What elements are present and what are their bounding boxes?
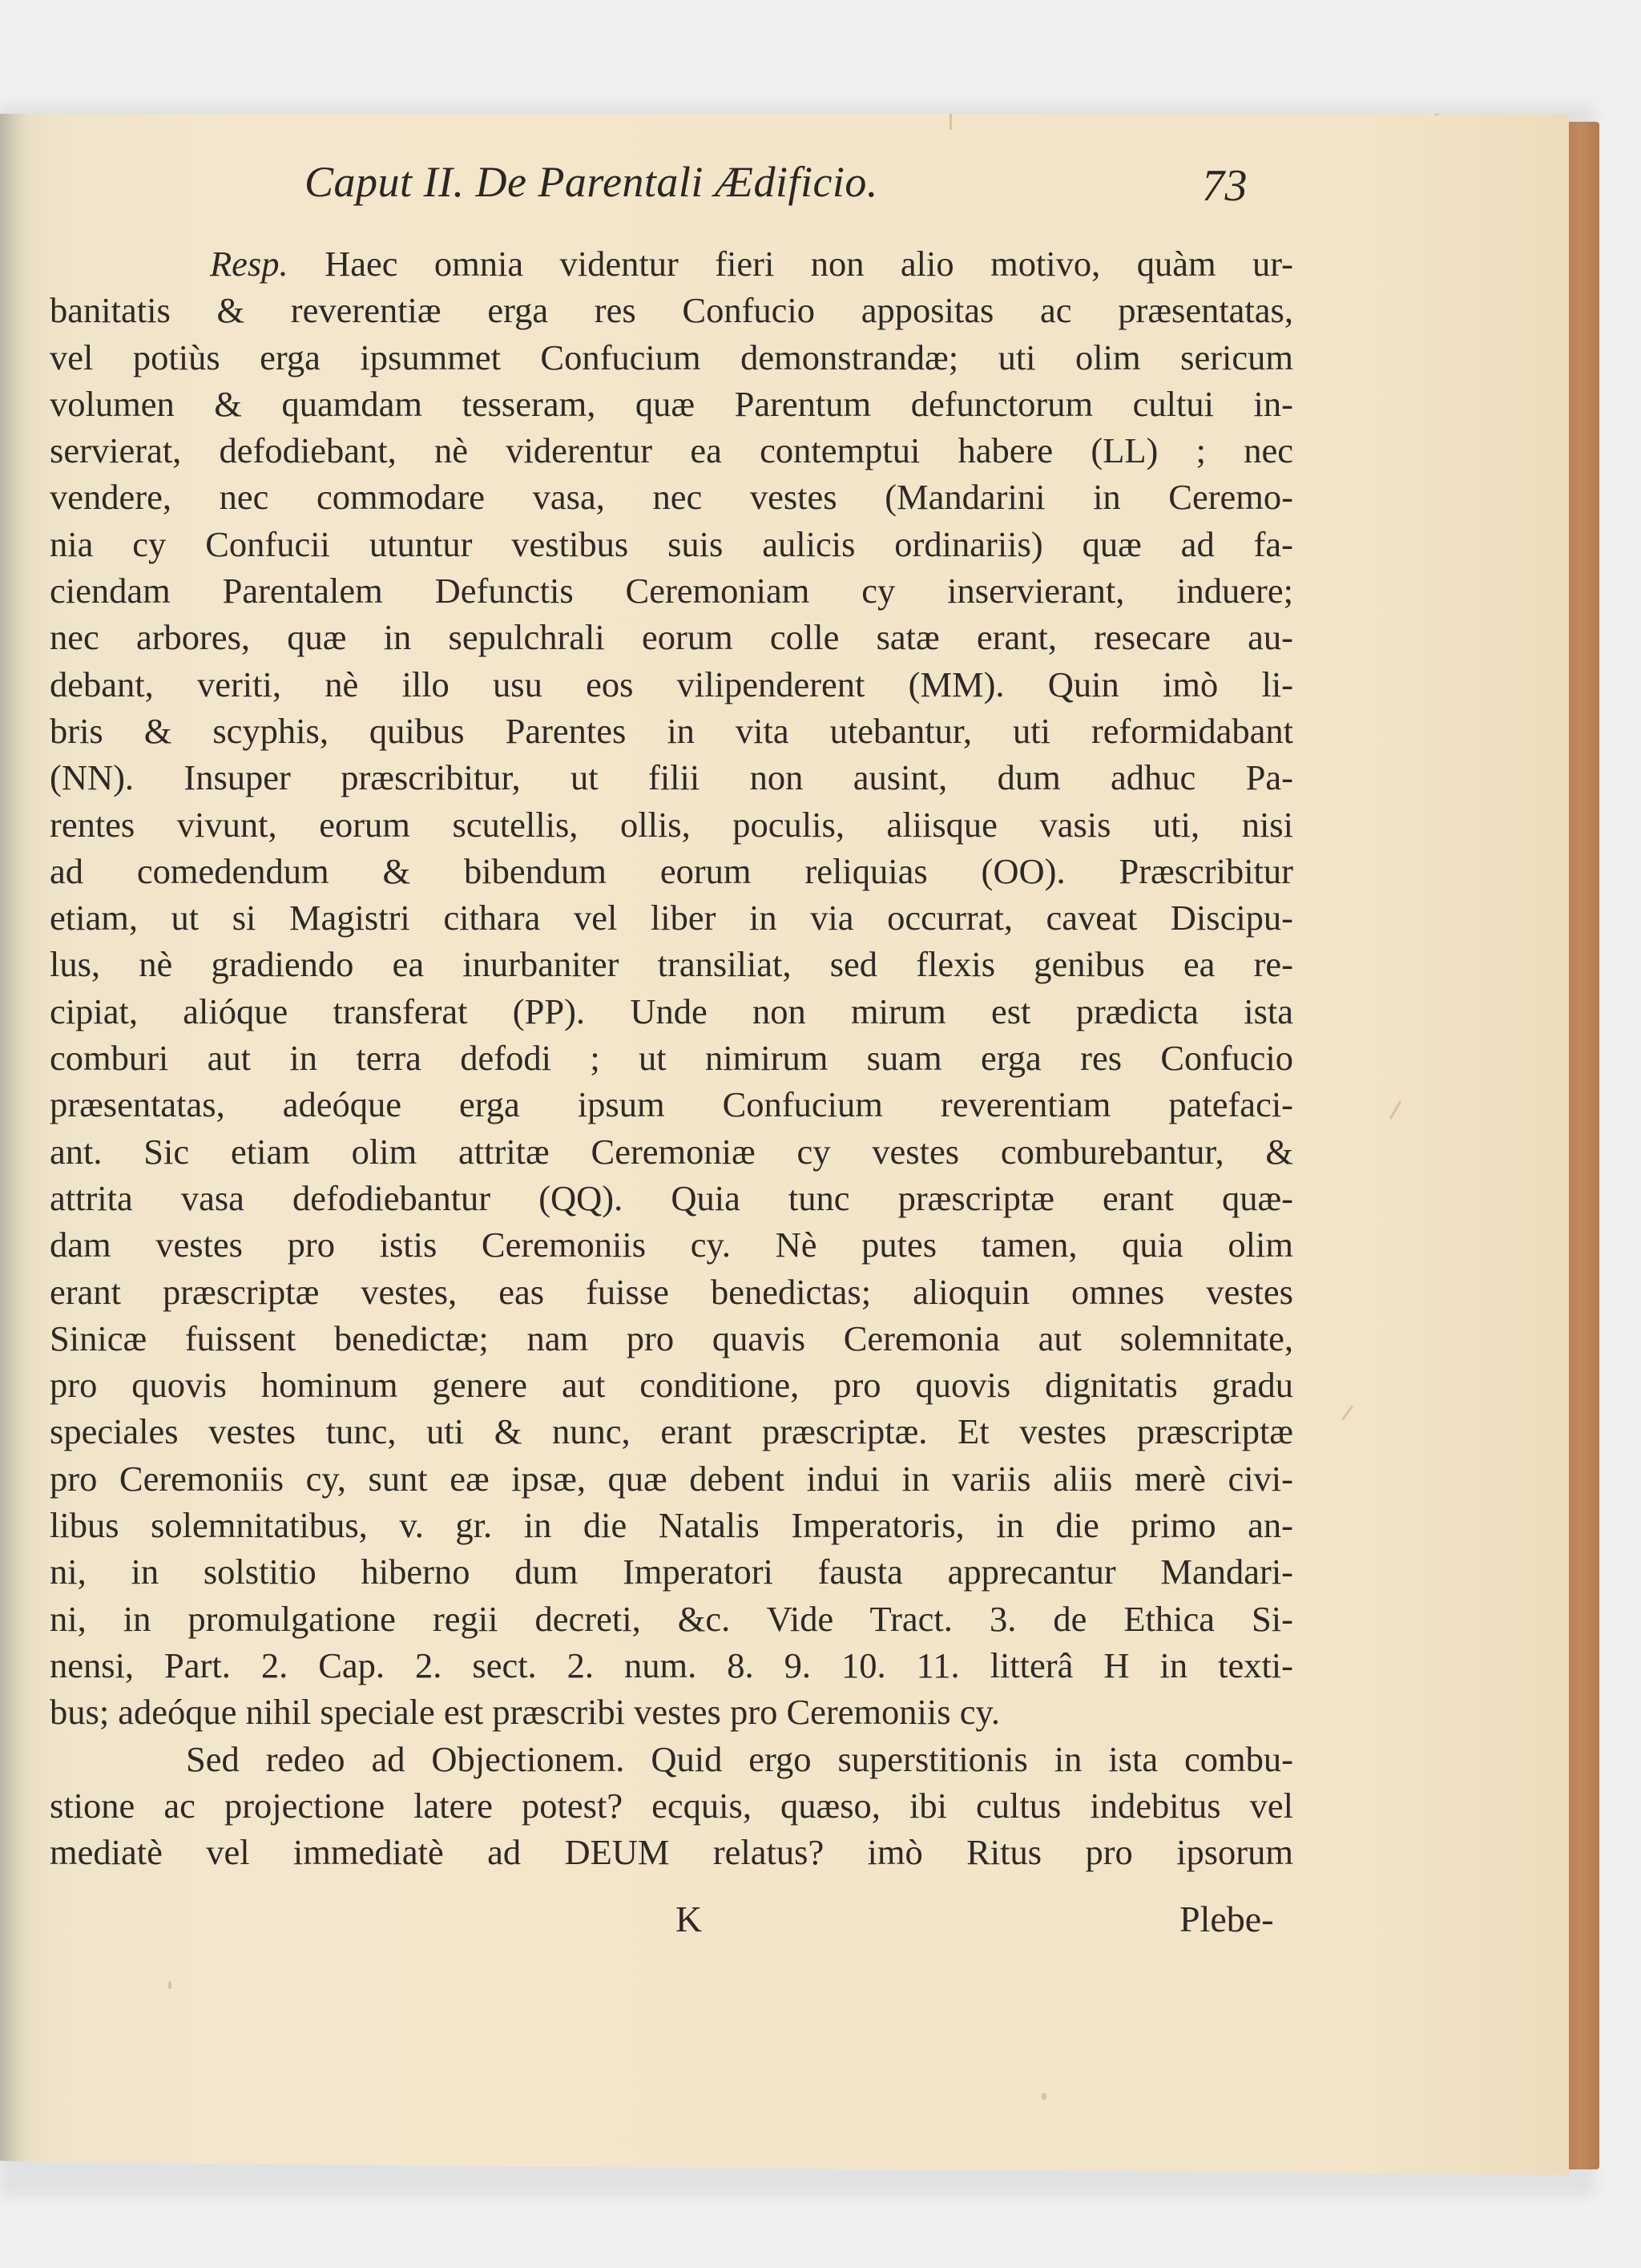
text-line: bus; adeóque nihil speciale est præscrib… <box>50 1689 1293 1735</box>
text-line-content: ant. Sic etiam olim attritæ Ceremoniæ cy… <box>50 1132 1293 1172</box>
text-line: præsentatas, adeóque erga ipsum Confuciu… <box>50 1081 1293 1128</box>
text-line: nec arbores, quæ in sepulchrali eorum co… <box>50 614 1293 660</box>
text-line: rentes vivunt, eorum scutellis, ollis, p… <box>50 801 1293 848</box>
text-line-content: banitatis & reverentiæ erga res Confucio… <box>50 290 1293 330</box>
running-head: Caput II. De Parentali Ædificio. 73 <box>304 157 1306 213</box>
text-line: lus, nè gradiendo ea inurbaniter transil… <box>50 941 1293 987</box>
text-line-content: stione ac projectione latere potest? ecq… <box>50 1786 1293 1826</box>
text-line-content: attrita vasa defodiebantur (QQ). Quia tu… <box>50 1178 1293 1218</box>
text-line-content: rentes vivunt, eorum scutellis, ollis, p… <box>50 805 1293 845</box>
catchword: Plebe- <box>1179 1898 1274 1940</box>
text-line-content: speciales vestes tunc, uti & nunc, erant… <box>50 1411 1293 1451</box>
text-line-content: Sed redeo ad Objectionem. Quid ergo supe… <box>186 1739 1293 1779</box>
text-line: speciales vestes tunc, uti & nunc, erant… <box>50 1408 1293 1455</box>
text-line-content: bus; adeóque nihil speciale est præscrib… <box>50 1692 1000 1732</box>
text-line: nensi, Part. 2. Cap. 2. sect. 2. num. 8.… <box>50 1642 1293 1689</box>
text-line-content: erant præscriptæ vestes, eas fuisse bene… <box>50 1272 1293 1312</box>
chapter-title: Caput II. De Parentali Ædificio. <box>304 157 878 207</box>
paper-speck <box>1341 1405 1353 1421</box>
text-line: cipiat, alióque transferat (PP). Unde no… <box>50 988 1293 1035</box>
text-line-content: servierat, defodiebant, nè viderentur ea… <box>50 430 1293 470</box>
text-line: mediatè vel immediatè ad DEUM relatus? i… <box>50 1829 1293 1875</box>
text-line: (NN). Insuper præscribitur, ut filii non… <box>50 754 1293 801</box>
text-line: vendere, nec commodare vasa, nec vestes … <box>50 474 1293 520</box>
text-line: servierat, defodiebant, nè viderentur ea… <box>50 427 1293 474</box>
text-line-content: vendere, nec commodare vasa, nec vestes … <box>50 477 1293 517</box>
text-line-content: nensi, Part. 2. Cap. 2. sect. 2. num. 8.… <box>50 1645 1293 1685</box>
text-line-content: Sinicæ fuissent benedictæ; nam pro quavi… <box>50 1318 1293 1358</box>
text-line-content: lus, nè gradiendo ea inurbaniter transil… <box>50 944 1293 984</box>
body-text: Resp. Haec omnia videntur fieri non alio… <box>50 240 1293 1875</box>
text-line: comburi aut in terra defodi ; ut nimirum… <box>50 1035 1293 1081</box>
text-line: dam vestes pro istis Ceremoniis cy. Nè p… <box>50 1221 1293 1268</box>
text-line-content: cipiat, alióque transferat (PP). Unde no… <box>50 991 1293 1031</box>
text-line-content: pro Ceremoniis cy, sunt eæ ipsæ, quæ deb… <box>50 1459 1293 1499</box>
text-line: pro quovis hominum genere aut conditione… <box>50 1362 1293 1408</box>
text-line: bris & scyphis, quibus Parentes in vita … <box>50 708 1293 754</box>
text-line-content: dam vestes pro istis Ceremoniis cy. Nè p… <box>50 1225 1293 1265</box>
page-gutter <box>0 114 27 2175</box>
page-fore-edge <box>1569 122 1599 2169</box>
text-line-content: præsentatas, adeóque erga ipsum Confuciu… <box>50 1084 1293 1124</box>
text-line: Sed redeo ad Objectionem. Quid ergo supe… <box>50 1736 1293 1782</box>
text-line-content: nec arbores, quæ in sepulchrali eorum co… <box>50 617 1293 657</box>
paper-speck <box>1389 1100 1402 1120</box>
text-line: erant præscriptæ vestes, eas fuisse bene… <box>50 1269 1293 1315</box>
page-number: 73 <box>1202 160 1248 212</box>
text-line-content: ni, in promulgatione regii decreti, &c. … <box>50 1599 1293 1639</box>
text-line: ant. Sic etiam olim attritæ Ceremoniæ cy… <box>50 1128 1293 1175</box>
text-line: debant, veriti, nè illo usu eos vilipend… <box>50 661 1293 708</box>
text-line-content: vel potiùs erga ipsummet Confucium demon… <box>50 337 1293 377</box>
text-line: attrita vasa defodiebantur (QQ). Quia tu… <box>50 1175 1293 1221</box>
text-line: ciendam Parentalem Defunctis Ceremoniam … <box>50 567 1293 614</box>
text-line-content: pro quovis hominum genere aut conditione… <box>50 1365 1293 1405</box>
text-line-content: ciendam Parentalem Defunctis Ceremoniam … <box>50 571 1293 611</box>
text-line-content: ni, in solstitio hiberno dum Imperatori … <box>50 1552 1293 1592</box>
text-line: Resp. Haec omnia videntur fieri non alio… <box>50 240 1293 287</box>
text-line-content: libus solemnitatibus, v. gr. in die Nata… <box>50 1505 1293 1545</box>
text-line: Sinicæ fuissent benedictæ; nam pro quavi… <box>50 1315 1293 1362</box>
text-line: stione ac projectione latere potest? ecq… <box>50 1782 1293 1829</box>
text-line: ni, in solstitio hiberno dum Imperatori … <box>50 1548 1293 1595</box>
text-line: pro Ceremoniis cy, sunt eæ ipsæ, quæ deb… <box>50 1455 1293 1502</box>
text-line: banitatis & reverentiæ erga res Confucio… <box>50 287 1293 333</box>
paper-speck <box>168 1981 171 1989</box>
response-marker: Resp. <box>210 244 288 284</box>
text-line-content: debant, veriti, nè illo usu eos vilipend… <box>50 664 1293 704</box>
text-line: ad comedendum & bibendum eorum reliquias… <box>50 848 1293 894</box>
text-line-content: Haec omnia videntur fieri non alio motiv… <box>325 244 1293 284</box>
text-line: ni, in promulgatione regii decreti, &c. … <box>50 1596 1293 1642</box>
text-line: etiam, ut si Magistri cithara vel liber … <box>50 894 1293 941</box>
text-line-content: etiam, ut si Magistri cithara vel liber … <box>50 898 1293 938</box>
paper-speck <box>1042 2093 1046 2100</box>
signature-mark: K <box>675 1898 702 1940</box>
paper-speck <box>950 98 952 130</box>
text-line-content: mediatè vel immediatè ad DEUM relatus? i… <box>50 1832 1293 1872</box>
text-line-content: ad comedendum & bibendum eorum reliquias… <box>50 851 1293 891</box>
text-line: nia cy Confucii utuntur vestibus suis au… <box>50 521 1293 567</box>
text-line-content: nia cy Confucii utuntur vestibus suis au… <box>50 524 1293 564</box>
text-line-content: (NN). Insuper præscribitur, ut filii non… <box>50 757 1293 797</box>
text-line-content: volumen & quamdam tesseram, quæ Parentum… <box>50 384 1293 424</box>
text-line-content: bris & scyphis, quibus Parentes in vita … <box>50 711 1293 751</box>
text-line: libus solemnitatibus, v. gr. in die Nata… <box>50 1502 1293 1548</box>
text-line: volumen & quamdam tesseram, quæ Parentum… <box>50 381 1293 427</box>
text-line: vel potiùs erga ipsummet Confucium demon… <box>50 334 1293 381</box>
text-line-content: comburi aut in terra defodi ; ut nimirum… <box>50 1038 1293 1078</box>
